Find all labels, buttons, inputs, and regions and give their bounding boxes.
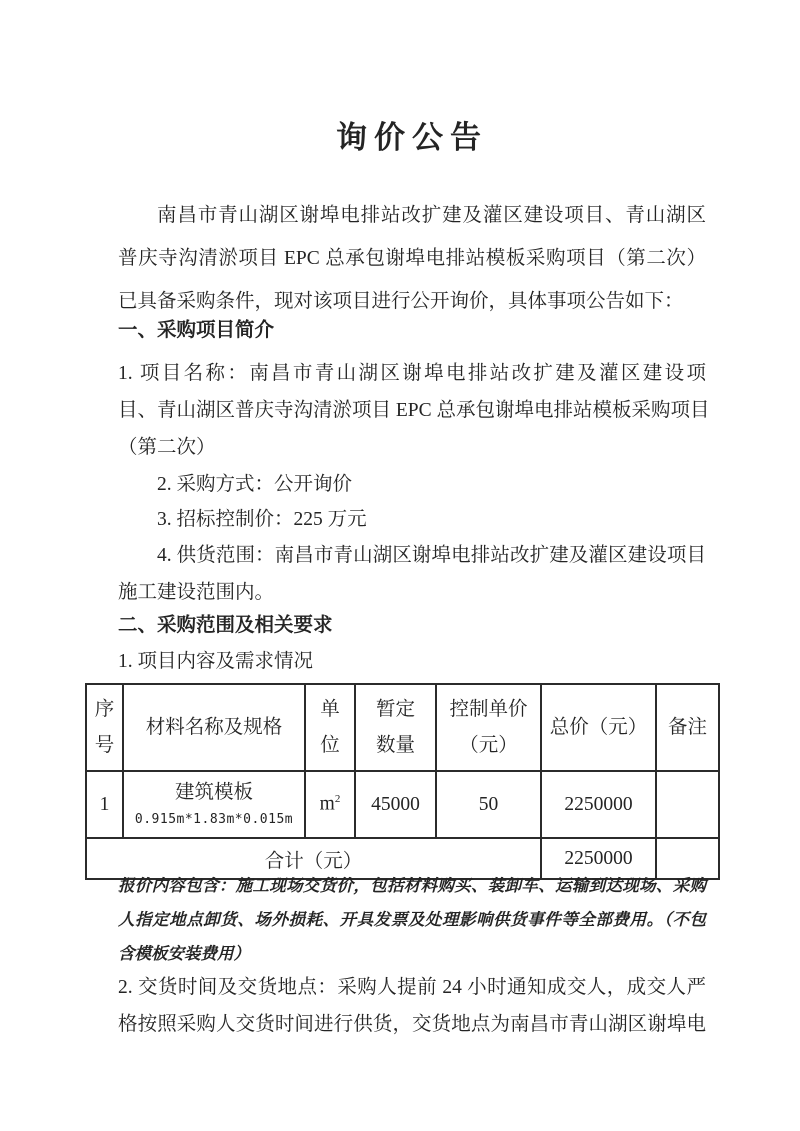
header-line: 号 bbox=[87, 728, 122, 764]
cell-unit-price: 50 bbox=[436, 771, 541, 838]
document-title: 询价公告 bbox=[118, 116, 706, 160]
header-line: 序 bbox=[87, 692, 122, 728]
unit-base: m bbox=[320, 794, 335, 815]
header-line: （元） bbox=[437, 728, 540, 764]
cell-material: 建筑模板 0.915m*1.83m*0.015m bbox=[123, 771, 305, 838]
intro-line: 普庆寺沟清淤项目 EPC 总承包谢埠电排站模板采购项目（第二次） bbox=[118, 237, 706, 280]
header-line: 材料名称及规格 bbox=[124, 710, 304, 746]
section2-heading: 二、采购范围及相关要求 bbox=[118, 607, 706, 644]
note-line: 报价内容包含：施工现场交货价，包括材料购买、装卸车、运输到达现场、采购 bbox=[118, 869, 706, 903]
header-cell-no: 序 号 bbox=[86, 684, 123, 771]
supply-scope-paragraph: 4. 供货范围：南昌市青山湖区谢埠电排站改扩建及灌区建设项目 施工建设范围内。 bbox=[118, 537, 706, 611]
cell-no: 1 bbox=[86, 771, 123, 838]
material-name: 建筑模板 bbox=[124, 778, 304, 808]
subheading-text: 1. 项目内容及需求情况 bbox=[118, 643, 706, 680]
paragraph-line: 目、青山湖区普庆寺沟清淤项目 EPC 总承包谢埠电排站模板采购项目 bbox=[118, 392, 706, 429]
paragraph-line: （第二次） bbox=[118, 429, 706, 466]
header-cell-remark: 备注 bbox=[656, 684, 719, 771]
paragraph-line: 施工建设范围内。 bbox=[118, 574, 706, 611]
purchase-method-paragraph: 2. 采购方式：公开询价 bbox=[118, 466, 706, 503]
header-line: 备注 bbox=[657, 710, 718, 746]
materials-table: 序 号 材料名称及规格 单 位 暂定 数量 控制单价 （元） bbox=[85, 683, 720, 880]
header-line: 总价（元） bbox=[542, 710, 655, 746]
unit-exponent: 2 bbox=[335, 793, 341, 805]
delivery-line: 2. 交货时间及交货地点：采购人提前 24 小时通知成交人，成交人严 bbox=[118, 969, 706, 1006]
document-page: 询价公告 南昌市青山湖区谢埠电排站改扩建及灌区建设项目、青山湖区 普庆寺沟清淤项… bbox=[0, 0, 800, 1131]
material-spec: 0.915m*1.83m*0.015m bbox=[124, 808, 304, 832]
paragraph-line: 2. 采购方式：公开询价 bbox=[118, 466, 706, 503]
header-cell-qty: 暂定 数量 bbox=[355, 684, 436, 771]
header-line: 位 bbox=[306, 728, 354, 764]
note-line: 含模板安装费用） bbox=[118, 937, 706, 971]
paragraph-line: 3. 招标控制价：225 万元 bbox=[118, 501, 706, 538]
cell-qty: 45000 bbox=[355, 771, 436, 838]
header-cell-unit-price: 控制单价 （元） bbox=[436, 684, 541, 771]
table-row: 1 建筑模板 0.915m*1.83m*0.015m m2 45000 50 2… bbox=[86, 771, 719, 838]
price-note-paragraph: 报价内容包含：施工现场交货价，包括材料购买、装卸车、运输到达现场、采购 人指定地… bbox=[118, 869, 706, 971]
intro-line: 南昌市青山湖区谢埠电排站改扩建及灌区建设项目、青山湖区 bbox=[118, 194, 706, 237]
table-header-row: 序 号 材料名称及规格 单 位 暂定 数量 控制单价 （元） bbox=[86, 684, 719, 771]
project-name-paragraph: 1. 项目名称：南昌市青山湖区谢埠电排站改扩建及灌区建设项 目、青山湖区普庆寺沟… bbox=[118, 355, 706, 466]
delivery-line: 格按照采购人交货时间进行供货，交货地点为南昌市青山湖区谢埠电 bbox=[118, 1006, 706, 1043]
control-price-paragraph: 3. 招标控制价：225 万元 bbox=[118, 501, 706, 538]
section1-heading: 一、采购项目简介 bbox=[118, 312, 706, 349]
note-line: 人指定地点卸货、场外损耗、开具发票及处理影响供货事件等全部费用。（不包 bbox=[118, 903, 706, 937]
materials-table-container: 序 号 材料名称及规格 单 位 暂定 数量 控制单价 （元） bbox=[85, 683, 720, 880]
section1-heading-text: 一、采购项目简介 bbox=[118, 312, 706, 349]
intro-paragraph: 南昌市青山湖区谢埠电排站改扩建及灌区建设项目、青山湖区 普庆寺沟清淤项目 EPC… bbox=[118, 194, 706, 323]
header-cell-unit: 单 位 bbox=[305, 684, 355, 771]
section2-heading-text: 二、采购范围及相关要求 bbox=[118, 607, 706, 644]
delivery-paragraph: 2. 交货时间及交货地点：采购人提前 24 小时通知成交人，成交人严 格按照采购… bbox=[118, 969, 706, 1043]
section2-subheading: 1. 项目内容及需求情况 bbox=[118, 643, 706, 680]
cell-remark bbox=[656, 771, 719, 838]
paragraph-line: 1. 项目名称：南昌市青山湖区谢埠电排站改扩建及灌区建设项 bbox=[118, 355, 706, 392]
header-line: 单 bbox=[306, 692, 354, 728]
header-cell-total: 总价（元） bbox=[541, 684, 656, 771]
paragraph-line: 4. 供货范围：南昌市青山湖区谢埠电排站改扩建及灌区建设项目 bbox=[118, 537, 706, 574]
header-line: 控制单价 bbox=[437, 692, 540, 728]
header-line: 暂定 bbox=[356, 692, 435, 728]
cell-total: 2250000 bbox=[541, 771, 656, 838]
cell-unit: m2 bbox=[305, 771, 355, 838]
header-cell-name: 材料名称及规格 bbox=[123, 684, 305, 771]
header-line: 数量 bbox=[356, 728, 435, 764]
